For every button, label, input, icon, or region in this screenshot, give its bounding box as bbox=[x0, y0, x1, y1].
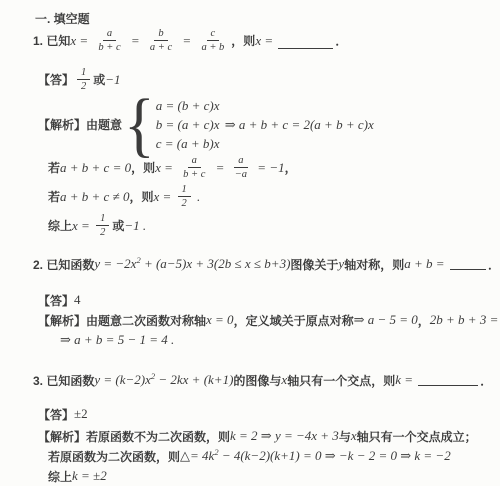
fraction-denominator: b + c bbox=[179, 168, 209, 180]
math-text: ⇒ a − 5 = 0 bbox=[354, 312, 418, 328]
blank-underline bbox=[278, 35, 333, 49]
math-text: −1 . bbox=[124, 218, 146, 234]
cjk-text: 若原函数为二次函数，则 bbox=[48, 448, 180, 465]
question-1: 1. 已知x = ab + c = ba + c = ca + b，则x = ． bbox=[33, 28, 500, 53]
math-text: △= 4k bbox=[180, 448, 214, 464]
math-text: − 2kx + (k+1) bbox=[155, 372, 233, 388]
cjk-text: 轴对称，则 bbox=[344, 256, 404, 273]
math-text: a + b = bbox=[404, 256, 448, 272]
cjk-text: 2. 已知函数 bbox=[33, 256, 94, 273]
analysis-2: 【解析】由题意二次函数对称轴x = 0，定义域关于原点对称⇒ a − 5 = 0… bbox=[38, 310, 500, 330]
math-text: k = bbox=[395, 372, 416, 388]
cjk-text: 若 bbox=[48, 188, 60, 205]
cjk-text: ． bbox=[335, 32, 347, 49]
superscript: 2 bbox=[136, 255, 140, 265]
system-rows: a = (b + c)xb = (a + c)xc = (a + b)x bbox=[156, 96, 220, 153]
cjk-text: 轴只有一个交点，则 bbox=[287, 372, 395, 389]
fraction-denominator: −a bbox=[231, 168, 251, 180]
fraction-denominator: 2 bbox=[178, 197, 191, 209]
math-text: y = (k−2)x bbox=[94, 372, 151, 388]
fraction-numerator: 1 bbox=[178, 184, 191, 197]
math-text: k = ±2 bbox=[72, 468, 107, 484]
cjk-text: 1. 已知 bbox=[33, 32, 70, 49]
cjk-text: 的图像与 bbox=[233, 372, 281, 389]
answer-3: 【答】±2 bbox=[38, 404, 500, 424]
fraction: 12 bbox=[96, 213, 109, 238]
cjk-text: 若 bbox=[48, 159, 60, 176]
number-text: ±2 bbox=[74, 406, 88, 422]
cjk-text: ， bbox=[285, 159, 297, 176]
math-text: ⇒ a + b + c = 2(a + b + c)x bbox=[221, 117, 373, 133]
fraction-numerator: 1 bbox=[77, 67, 90, 80]
fraction-numerator: c bbox=[207, 28, 220, 41]
cjk-text: ，则 bbox=[231, 32, 255, 49]
math-text: 2b + b + 3 = 0 bbox=[430, 312, 500, 328]
fraction: ab + c bbox=[179, 155, 209, 180]
math-text: = −1 bbox=[254, 160, 285, 176]
math-text: x = bbox=[153, 189, 174, 205]
math-text: −1 bbox=[105, 72, 120, 88]
cjk-text: 【答】 bbox=[38, 292, 74, 309]
cjk-text: 【答】 bbox=[38, 71, 74, 88]
fraction-numerator: a bbox=[188, 155, 201, 168]
fraction: ab + c bbox=[94, 28, 124, 53]
fraction-numerator: b bbox=[154, 28, 167, 41]
cjk-text: 与 bbox=[339, 428, 351, 445]
math-text: = bbox=[128, 33, 143, 49]
cjk-text: 【答】 bbox=[38, 406, 74, 423]
math-text: k = 2 ⇒ y = −4x + 3 bbox=[230, 428, 339, 444]
blank-underline bbox=[418, 372, 478, 386]
math-text: x = bbox=[70, 33, 91, 49]
math-text: = bbox=[179, 33, 194, 49]
cjk-text: 轴只有一个交点成立； bbox=[357, 428, 477, 445]
cjk-text: 图像关于 bbox=[290, 256, 338, 273]
cjk-text: 一. 填空题 bbox=[35, 10, 90, 27]
question-3: 3. 已知函数y = (k−2)x2 − 2kx + (k+1)的图像与x轴只有… bbox=[33, 370, 500, 390]
system-row: b = (a + c)x bbox=[156, 115, 220, 134]
fraction-denominator: 2 bbox=[96, 226, 109, 238]
cjk-text: 综上 bbox=[48, 217, 72, 234]
document-body: 一. 填空题1. 已知x = ab + c = ba + c = ca + b，… bbox=[0, 8, 500, 486]
math-text: − 4(k−2)(k+1) = 0 ⇒ −k − 2 = 0 ⇒ k = −2 bbox=[219, 448, 451, 464]
cjk-text: ， bbox=[418, 312, 430, 329]
fraction: ca + b bbox=[197, 28, 228, 53]
fraction-denominator: 2 bbox=[77, 80, 90, 92]
fraction-denominator: a + c bbox=[146, 41, 176, 53]
fraction-numerator: a bbox=[103, 28, 116, 41]
section-title: 一. 填空题 bbox=[35, 8, 500, 28]
answer-1: 【答】12或−1 bbox=[38, 67, 500, 92]
equation-system: {a = (b + c)xb = (a + c)xc = (a + b)x bbox=[124, 96, 219, 153]
analysis-1-case1: 若a + b + c = 0，则x = ab + c = a−a = −1， bbox=[48, 155, 500, 180]
math-text: ⇒ a + b = 5 − 1 = 4 . bbox=[60, 332, 174, 348]
analysis-1: 【解析】由题意{a = (b + c)xb = (a + c)xc = (a +… bbox=[38, 96, 500, 153]
cjk-text: 或 bbox=[112, 217, 124, 234]
analysis-3-case1: 【解析】若原函数不为二次函数，则k = 2 ⇒ y = −4x + 3与x轴只有… bbox=[38, 426, 500, 446]
fraction: ba + c bbox=[146, 28, 176, 53]
fraction: a−a bbox=[231, 155, 251, 180]
analysis-1-case2: 若a + b + c ≠ 0，则x = 12 . bbox=[48, 184, 500, 209]
question-2: 2. 已知函数y = −2x2 + (a−5)x + 3(2b ≤ x ≤ b+… bbox=[33, 254, 500, 274]
math-text: a + b + c = 0 bbox=[60, 160, 131, 176]
left-brace-icon: { bbox=[124, 93, 155, 157]
document-page: 一. 填空题1. 已知x = ab + c = ba + c = ca + b，… bbox=[0, 0, 500, 486]
cjk-text: ，则 bbox=[129, 188, 153, 205]
fraction-numerator: a bbox=[234, 155, 247, 168]
cjk-text: 【解析】由题意二次函数对称轴 bbox=[38, 312, 206, 329]
system-row: c = (a + b)x bbox=[156, 134, 220, 153]
math-text: x = bbox=[255, 33, 276, 49]
cjk-text: 【解析】由题意 bbox=[38, 116, 122, 133]
superscript: 2 bbox=[214, 447, 218, 457]
math-text: = bbox=[212, 160, 227, 176]
math-text: + (a−5)x + 3(2b ≤ x ≤ b+3) bbox=[141, 256, 291, 272]
cjk-text: 【解析】若原函数不为二次函数，则 bbox=[38, 428, 230, 445]
cjk-text: ，定义域关于原点对称 bbox=[234, 312, 354, 329]
fraction: 12 bbox=[77, 67, 90, 92]
math-text: x = bbox=[72, 218, 93, 234]
analysis-2-continued: ⇒ a + b = 5 − 1 = 4 . bbox=[60, 330, 500, 350]
analysis-1-conclusion: 综上x = 12或−1 . bbox=[48, 213, 500, 238]
fraction-denominator: b + c bbox=[94, 41, 124, 53]
system-row: a = (b + c)x bbox=[156, 96, 220, 115]
answer-2: 【答】4 bbox=[38, 290, 500, 310]
cjk-text: 3. 已知函数 bbox=[33, 372, 94, 389]
analysis-3-conclusion: 综上k = ±2 bbox=[48, 466, 500, 486]
superscript: 2 bbox=[151, 371, 155, 381]
math-text: x = bbox=[155, 160, 176, 176]
fraction-denominator: a + b bbox=[197, 41, 228, 53]
math-text: . bbox=[194, 189, 201, 205]
analysis-3-case2: 若原函数为二次函数，则△= 4k2 − 4(k−2)(k+1) = 0 ⇒ −k… bbox=[48, 446, 500, 466]
blank-underline bbox=[450, 256, 486, 270]
cjk-text: ． bbox=[488, 256, 500, 273]
fraction-numerator: 1 bbox=[96, 213, 109, 226]
math-text: y = −2x bbox=[94, 256, 136, 272]
cjk-text: ． bbox=[480, 372, 492, 389]
fraction: 12 bbox=[178, 184, 191, 209]
math-text: a + b + c ≠ 0 bbox=[60, 189, 129, 205]
cjk-text: 综上 bbox=[48, 468, 72, 485]
cjk-text: 或 bbox=[93, 71, 105, 88]
number-text: 4 bbox=[74, 292, 81, 308]
math-text: x = 0 bbox=[206, 312, 234, 328]
